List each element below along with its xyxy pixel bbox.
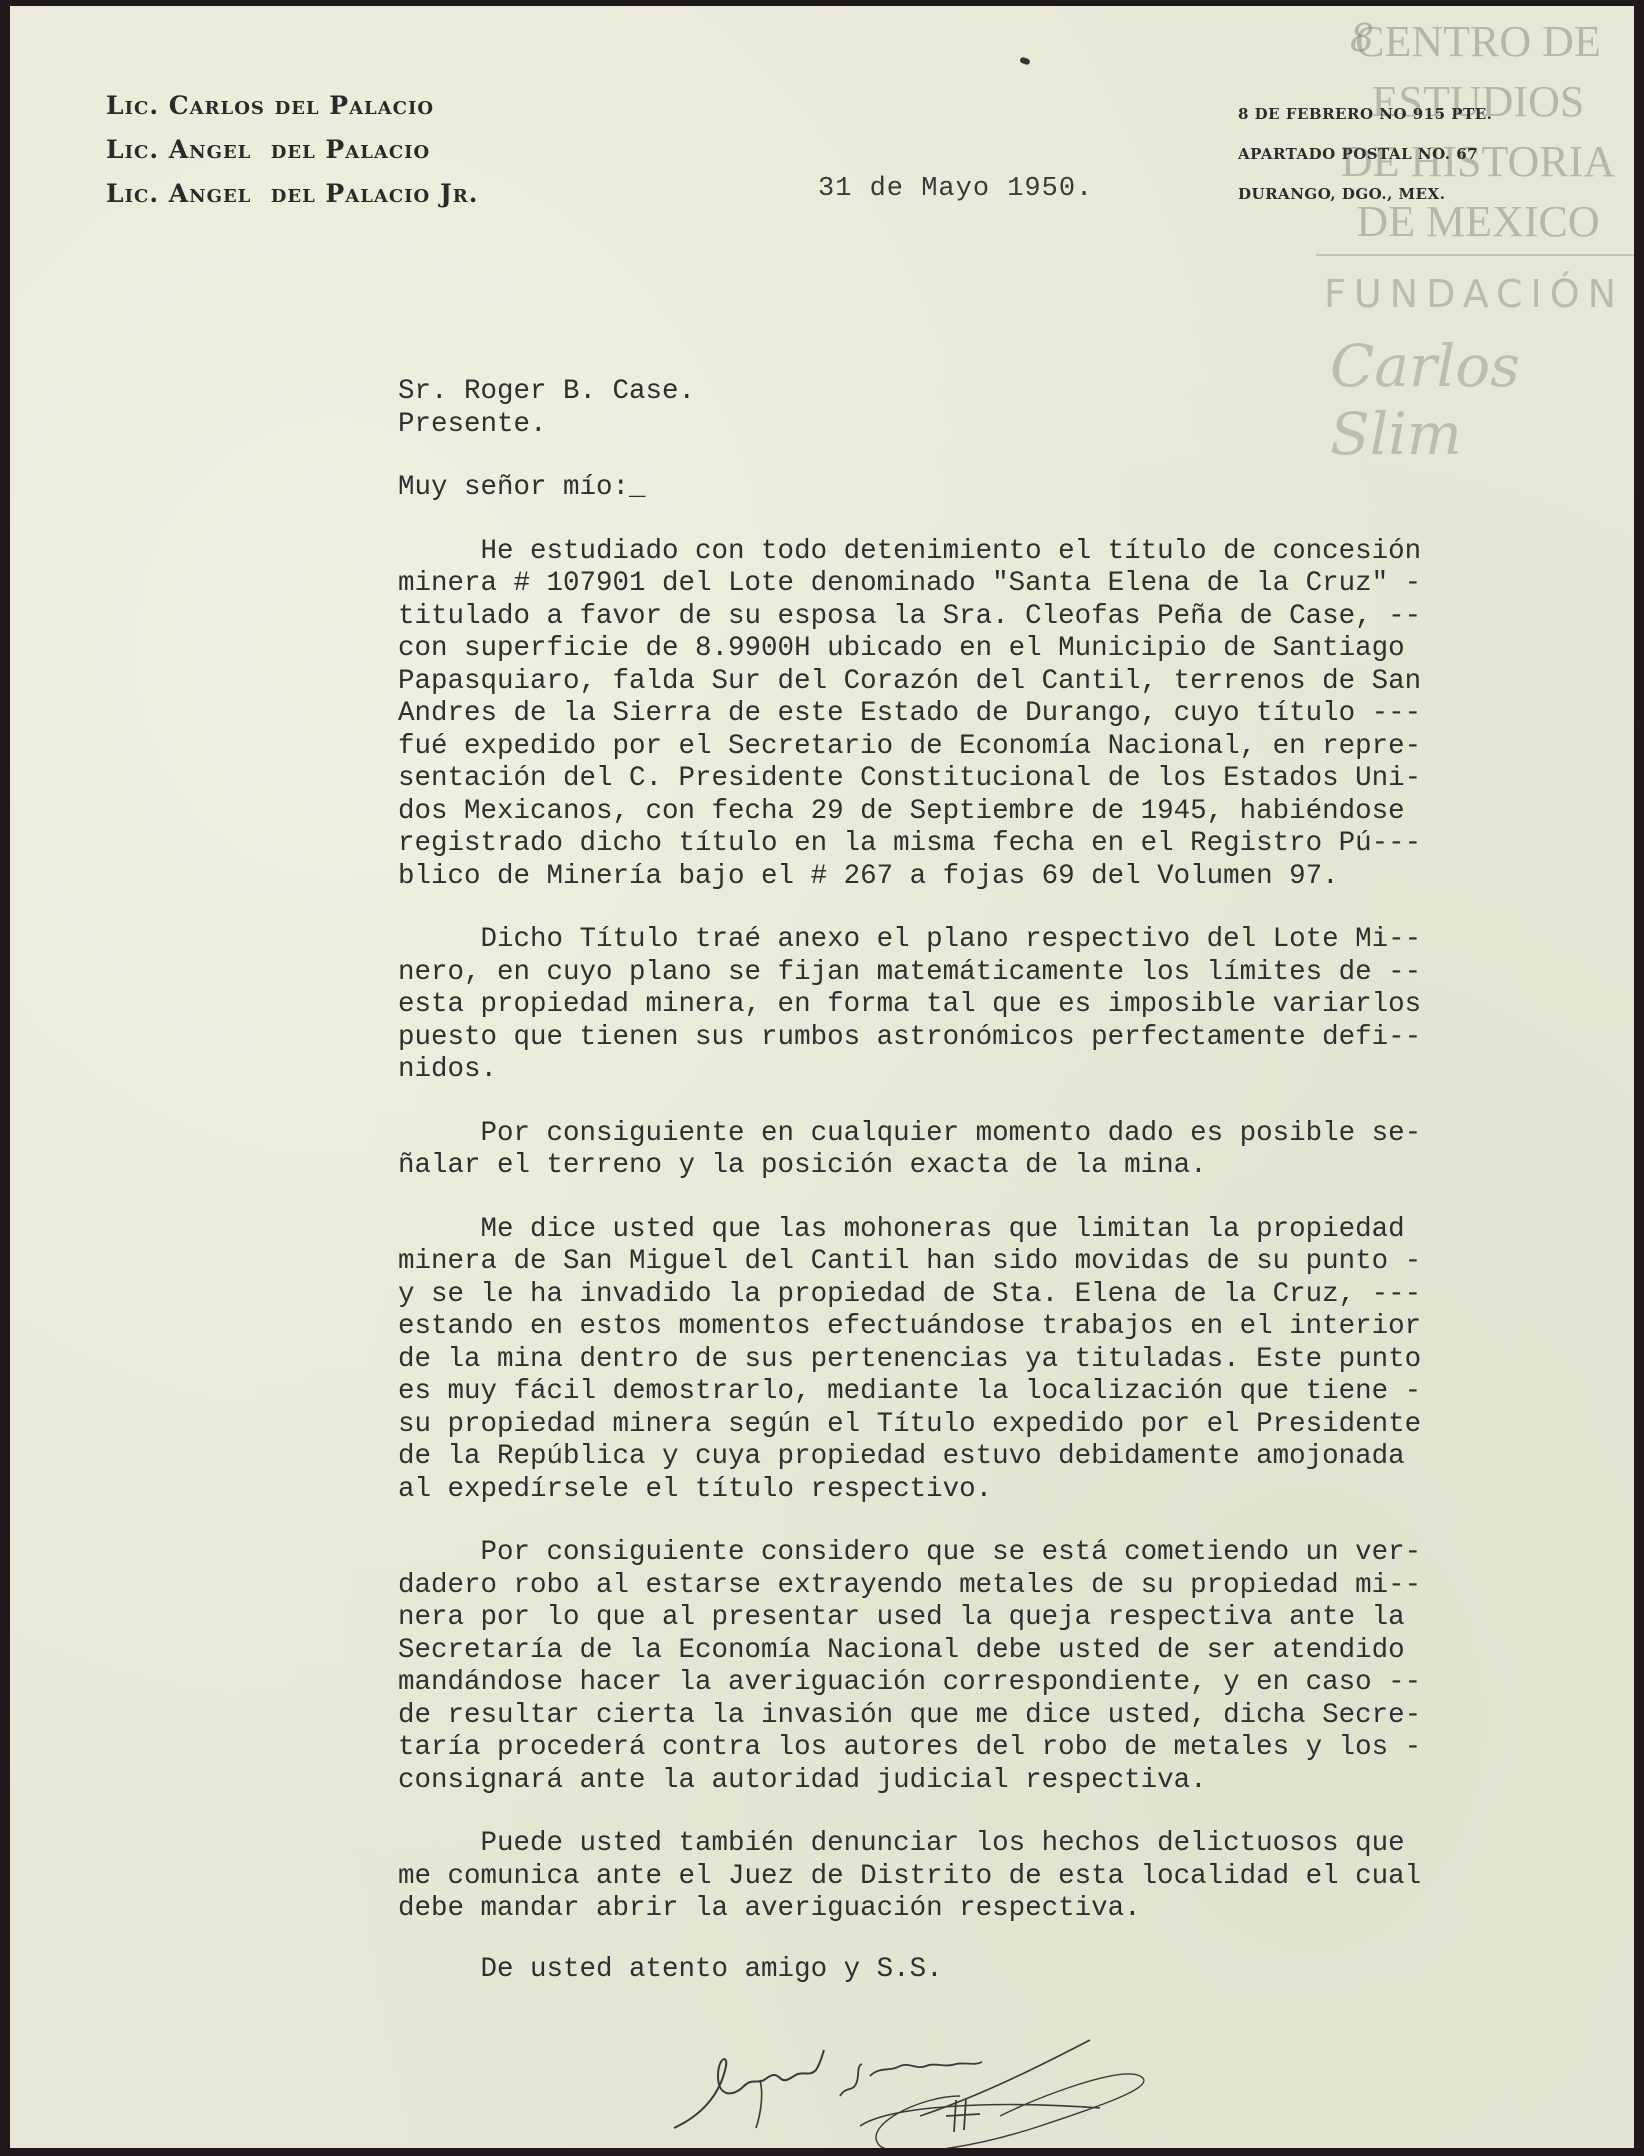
text-line: minera # 107901 del Lote denominado "San… <box>398 568 1628 601</box>
letter-page: 8 CENTRO DE ESTUDIOS DE HISTORIA DE MEXI… <box>10 6 1634 2148</box>
text-line: su propiedad minera según el Título expe… <box>398 1409 1628 1442</box>
text-line: mandándose hacer la averiguación corresp… <box>398 1667 1628 1700</box>
text-line: consignará ante la autoridad judicial re… <box>398 1765 1628 1798</box>
text-line: me comunica ante el Juez de Distrito de … <box>398 1861 1628 1894</box>
text-line: dadero robo al estarse extrayendo metale… <box>398 1570 1628 1603</box>
text-line: Me dice usted que las mohoneras que limi… <box>398 1214 1628 1247</box>
watermark-fundacion: FUNDACIÓN <box>1324 272 1624 316</box>
text-line: nidos. <box>398 1054 1628 1087</box>
text-line: de resultar cierta la invasión que me di… <box>398 1700 1628 1733</box>
salutation: Muy señor mío:_ <box>398 472 1628 505</box>
text-line: y se le ha invadido la propiedad de Sta.… <box>398 1279 1628 1312</box>
text-line: de la mina dentro de sus pertenencias ya… <box>398 1344 1628 1377</box>
paragraph-2: Dicho Título traé anexo el plano respect… <box>398 924 1628 1087</box>
address-line: 8 DE FEBRERO NO 915 PTE. <box>1238 94 1492 134</box>
text-line: de la República y cuya propiedad estuvo … <box>398 1441 1628 1474</box>
text-line: Secretaría de la Economía Nacional debe … <box>398 1635 1628 1668</box>
text-line: blico de Minería bajo el # 267 a fojas 6… <box>398 861 1628 894</box>
letterhead-name: Lic. Angel del Palacio <box>106 128 478 172</box>
ink-mark <box>1019 56 1030 65</box>
signature-icon <box>660 2036 1200 2148</box>
text-line: taría procederá contra los autores del r… <box>398 1732 1628 1765</box>
text-line: He estudiado con todo detenimiento el tí… <box>398 536 1628 569</box>
recipient-line: Presente. <box>398 409 1628 442</box>
text-line: estando en estos momentos efectuándose t… <box>398 1311 1628 1344</box>
text-line: Papasquiaro, falda Sur del Corazón del C… <box>398 666 1628 699</box>
text-line: Por consiguiente considero que se está c… <box>398 1537 1628 1570</box>
text-line: es muy fácil demostrarlo, mediante la lo… <box>398 1376 1628 1409</box>
paragraph-3: Por consiguiente en cualquier momento da… <box>398 1118 1628 1183</box>
text-line: al expedírsele el título respectivo. <box>398 1474 1628 1507</box>
text-line: registrado dicho título en la misma fech… <box>398 828 1628 861</box>
paragraph-5: Por consiguiente considero que se está c… <box>398 1537 1628 1797</box>
paragraph-4: Me dice usted que las mohoneras que limi… <box>398 1214 1628 1507</box>
recipient-name: Sr. Roger B. Case. <box>398 376 1628 409</box>
letter-date: 31 de Mayo 1950. <box>818 174 1093 204</box>
paragraph-6: Puede usted también denunciar los hechos… <box>398 1828 1628 1926</box>
letterhead-names: Lic. Carlos del Palacio Lic. Angel del P… <box>106 84 478 216</box>
text-line: dos Mexicanos, con fecha 29 de Septiembr… <box>398 796 1628 829</box>
text-line: fué expedido por el Secretario de Econom… <box>398 731 1628 764</box>
address-line: APARTADO POSTAL NO. 67 <box>1238 134 1492 174</box>
letterhead-name: Lic. Angel del Palacio Jr. <box>106 172 478 216</box>
text-line: Dicho Título traé anexo el plano respect… <box>398 924 1628 957</box>
text-line: debe mandar abrir la averiguación respec… <box>398 1893 1628 1926</box>
address-line: DURANGO, DGO., MEX. <box>1238 174 1492 214</box>
text-line: esta propiedad minera, en forma tal que … <box>398 989 1628 1022</box>
closing: De usted atento amigo y S.S. <box>398 1954 1628 1987</box>
text-line: Puede usted también denunciar los hechos… <box>398 1828 1628 1861</box>
text-line: nero, en cuyo plano se fijan matemáticam… <box>398 957 1628 990</box>
paragraph-1: He estudiado con todo detenimiento el tí… <box>398 536 1628 894</box>
text-line: Por consiguiente en cualquier momento da… <box>398 1118 1628 1151</box>
letterhead-address: 8 DE FEBRERO NO 915 PTE. APARTADO POSTAL… <box>1238 94 1492 214</box>
watermark-line: CENTRO DE <box>1318 12 1634 72</box>
letterhead-name: Lic. Carlos del Palacio <box>106 84 478 128</box>
text-line: con superficie de 8.9900H ubicado en el … <box>398 633 1628 666</box>
text-line: Andres de la Sierra de este Estado de Du… <box>398 698 1628 731</box>
letter-body: Sr. Roger B. Case. Presente. Muy señor m… <box>398 376 1628 1986</box>
text-line: titulado a favor de su esposa la Sra. Cl… <box>398 601 1628 634</box>
watermark-divider <box>1316 254 1634 256</box>
text-line: puesto que tienen sus rumbos astronómico… <box>398 1022 1628 1055</box>
text-line: minera de San Miguel del Cantil han sido… <box>398 1246 1628 1279</box>
text-line: sentación del C. Presidente Constitucion… <box>398 763 1628 796</box>
text-line: nera por lo que al presentar used la que… <box>398 1602 1628 1635</box>
text-line: ñalar el terreno y la posición exacta de… <box>398 1150 1628 1183</box>
